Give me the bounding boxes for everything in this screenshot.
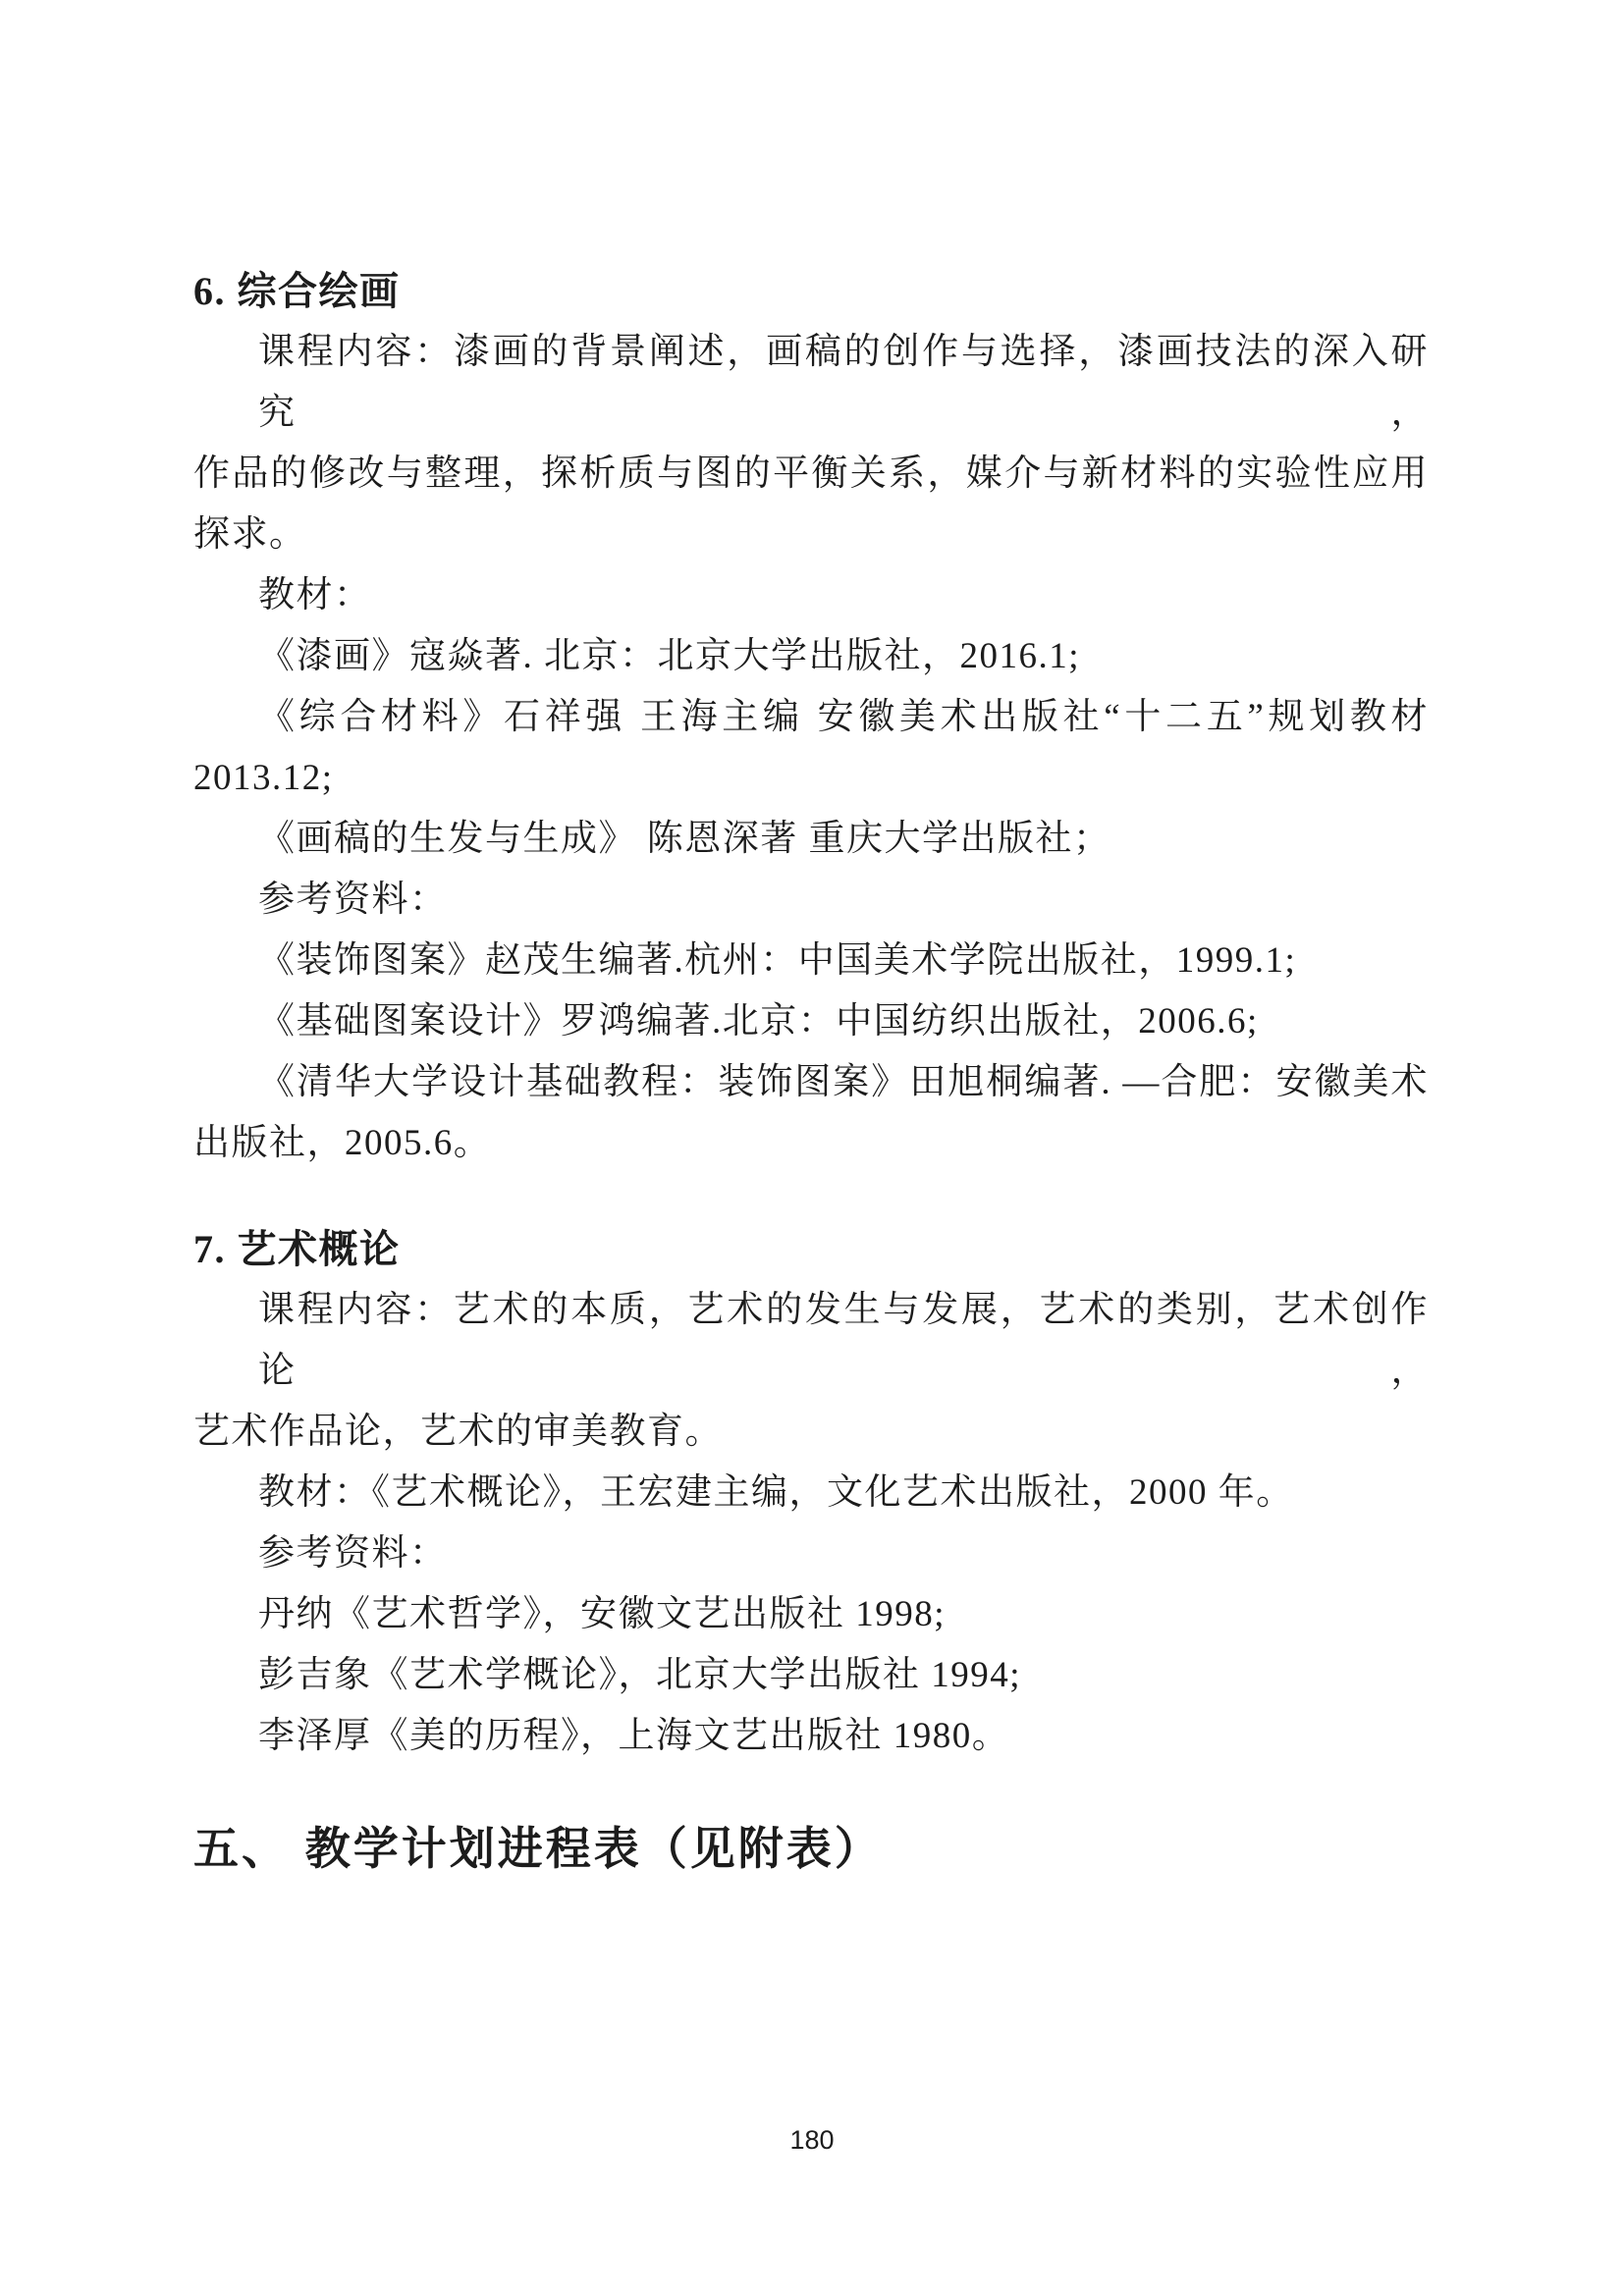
text-line: 《漆画》寇焱著. 北京：北京大学出版社，2016.1;	[193, 626, 1429, 687]
text-line: 丹纳《艺术哲学》，安徽文艺出版社 1998;	[193, 1584, 1429, 1645]
document-content: 6. 综合绘画课程内容：漆画的背景阐述，画稿的创作与选择，漆画技法的深入研究，作…	[193, 261, 1429, 1885]
text-line: 教材：	[193, 565, 1429, 626]
text-line: 课程内容：漆画的背景阐述，画稿的创作与选择，漆画技法的深入研究，	[193, 322, 1429, 444]
section-gap	[193, 1767, 1429, 1812]
text-line: 教材：《艺术概论》，王宏建主编，文化艺术出版社，2000 年。	[193, 1463, 1429, 1523]
text-line: 2013.12;	[193, 748, 1429, 809]
text-line: 《综合材料》石祥强 王海主编 安徽美术出版社“十二五”规划教材	[193, 687, 1429, 748]
text-line: 参考资料：	[193, 1523, 1429, 1584]
text-line: 参考资料：	[193, 870, 1429, 931]
text-line: 课程内容：艺术的本质，艺术的发生与发展，艺术的类别，艺术创作论，	[193, 1280, 1429, 1402]
text-line: 艺术作品论，艺术的审美教育。	[193, 1402, 1429, 1463]
section-5-heading: 五、 教学计划进程表（见附表）	[193, 1812, 1429, 1885]
text-line: 《画稿的生发与生成》 陈恩深著 重庆大学出版社；	[193, 809, 1429, 870]
page-number: 180	[0, 2125, 1624, 2156]
section-7-heading: 7. 艺术概论	[193, 1219, 1429, 1280]
section-gap	[193, 1174, 1429, 1219]
text-line: 作品的修改与整理，探析质与图的平衡关系，媒介与新材料的实验性应用	[193, 444, 1429, 505]
text-line: 出版社，2005.6。	[193, 1113, 1429, 1174]
text-line: 《装饰图案》赵茂生编著.杭州：中国美术学院出版社，1999.1;	[193, 931, 1429, 991]
text-line: 李泽厚《美的历程》，上海文艺出版社 1980。	[193, 1706, 1429, 1767]
document-page: 6. 综合绘画课程内容：漆画的背景阐述，画稿的创作与选择，漆画技法的深入研究，作…	[0, 0, 1624, 2296]
text-line: 彭吉象《艺术学概论》，北京大学出版社 1994;	[193, 1645, 1429, 1706]
text-line: 探求。	[193, 505, 1429, 565]
text-line: 《基础图案设计》罗鸿编著.北京：中国纺织出版社，2006.6;	[193, 991, 1429, 1052]
text-line: 《清华大学设计基础教程：装饰图案》田旭桐编著. —合肥：安徽美术	[193, 1052, 1429, 1113]
section-6-heading: 6. 综合绘画	[193, 261, 1429, 322]
